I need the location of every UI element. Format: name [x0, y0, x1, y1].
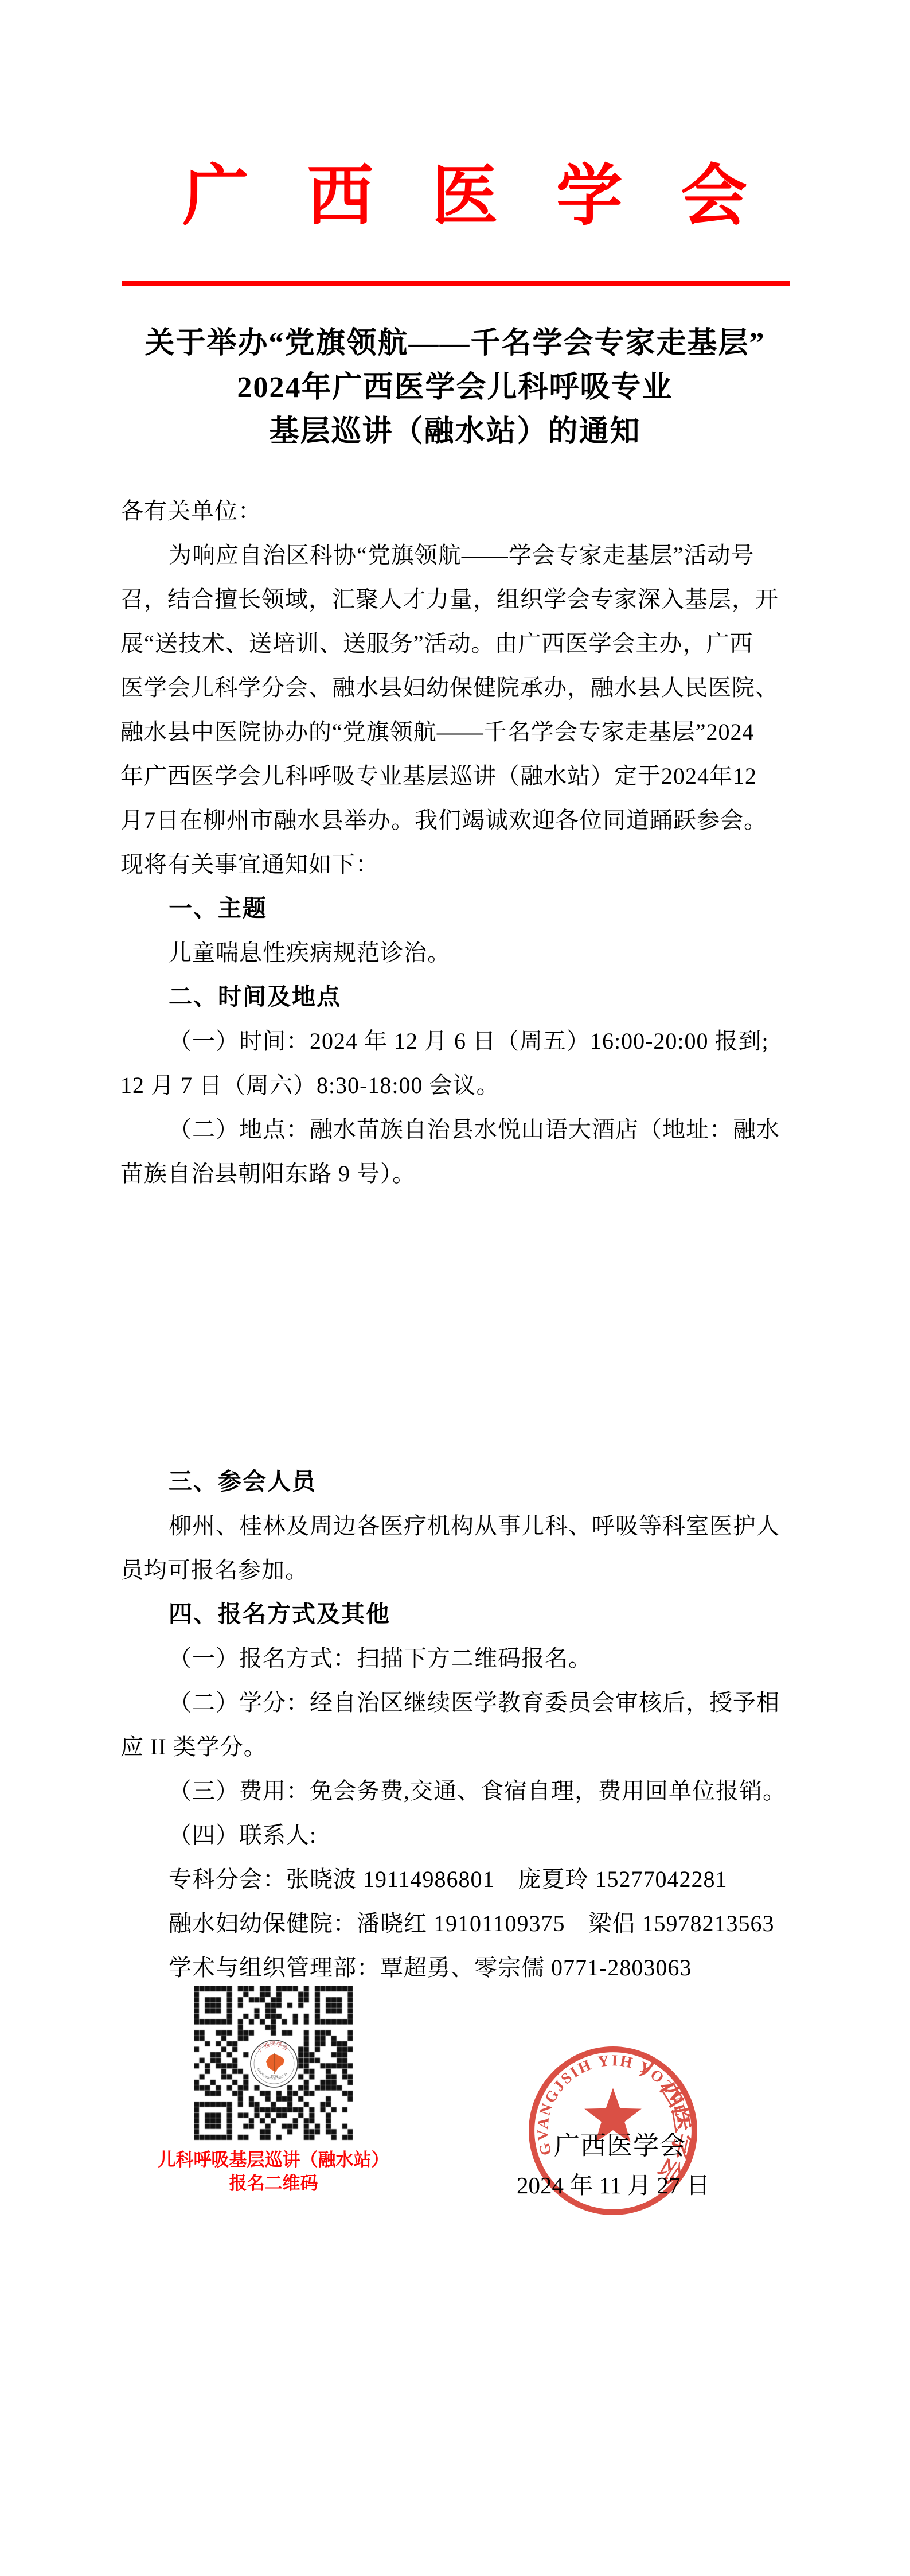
section-heading: 三、参会人员 — [120, 1460, 814, 1504]
body-line: （四）联系人: — [120, 1813, 814, 1857]
section-heading: 二、时间及地点 — [120, 975, 814, 1019]
letterhead-char: 广 — [182, 159, 249, 234]
body-line: 员均可报名参加。 — [120, 1548, 814, 1592]
body-line: 医学会儿科学分会、融水县妇幼保健院承办，融水县人民医院、 — [120, 666, 814, 710]
body-line: 年广西医学会儿科呼吸专业基层巡讲（融水站）定于2024年12 — [120, 754, 814, 798]
body-line: 应 II 类学分。 — [120, 1725, 814, 1769]
letterhead-char: 西 — [307, 159, 373, 234]
body-line: 苗族自治县朝阳东路 9 号）。 — [120, 1151, 814, 1196]
seal-arc-chinese-text: 广西医学会 — [636, 2055, 698, 2189]
body-line: 儿童喘息性疾病规范诊治。 — [120, 931, 814, 975]
section-heading: 一、主题 — [120, 886, 814, 931]
section-heading: 四、报名方式及其他 — [120, 1592, 814, 1636]
document-title-line: 关于举办“党旗领航——千名学会专家走基层” — [0, 321, 910, 365]
body-line: 融水县中医院协办的“党旗领航——千名学会专家走基层”2024 — [120, 710, 814, 754]
letterhead-char: 会 — [681, 159, 747, 234]
notice-document-page: 广 西 医 学 会 关于举办“党旗领航——千名学会专家走基层” 2024年广西医… — [0, 0, 910, 2576]
body-line: 月7日在柳州市融水县举办。我们竭诚欢迎各位同道踊跃参会。 — [120, 798, 814, 842]
body-line: 展“送技术、送培训、送服务”活动。由广西医学会主办，广西 — [120, 621, 814, 666]
qr-caption-line: 儿科呼吸基层巡讲（融水站） — [127, 2148, 420, 2172]
qr-caption-line: 报名二维码 — [127, 2172, 420, 2195]
body-line: 柳州、桂林及周边各医疗机构从事儿科、呼吸等科室医护人 — [120, 1504, 814, 1548]
body-lines: 各有关单位：为响应自治区科协“党旗领航——学会专家走基层”活动号召，结合擅长领域… — [120, 489, 814, 1990]
body-line: （一）报名方式：扫描下方二维码报名。 — [120, 1636, 814, 1680]
qr-caption: 儿科呼吸基层巡讲（融水站） 报名二维码 — [127, 2148, 420, 2195]
qr-center-logo: 广西医学会 GVANGJSIH YIH YOZVEI 1934 — [249, 2038, 299, 2089]
letterhead-divider-rule — [122, 281, 790, 286]
body-line: 专科分会：张晓波 19114986801 庞夏玲 15277042281 — [120, 1857, 814, 1901]
body-line: 12 月 7 日（周六）8:30-18:00 会议。 — [120, 1063, 814, 1107]
body-line: 召，结合擅长领域，汇聚人才力量，组织学会专家深入基层，开 — [120, 577, 814, 621]
body-line: （二）地点：融水苗族自治县水悦山语大酒店（地址：融水 — [120, 1107, 814, 1151]
letterhead-org-name: 广 西 医 学 会 — [182, 159, 747, 234]
body-line: 为响应自治区科协“党旗领航——学会专家走基层”活动号 — [120, 533, 814, 577]
body-line: 融水妇幼保健院：潘晓红 19101109375 梁侣 15978213563 — [120, 1901, 814, 1945]
signature-org-name: 广西医学会 — [554, 2130, 703, 2162]
body-line: （一）时间：2024 年 12 月 6 日（周五）16:00-20:00 报到; — [120, 1019, 814, 1063]
signature-date: 2024 年 11 月 27 日 — [517, 2170, 746, 2200]
body-line: 现将有关事宜通知如下： — [120, 842, 814, 886]
body-line: 各有关单位： — [120, 489, 814, 533]
body-line: （三）费用：免会务费,交通、食宿自理，费用回单位报销。 — [120, 1769, 814, 1813]
document-title: 关于举办“党旗领航——千名学会专家走基层” 2024年广西医学会儿科呼吸专业 基… — [0, 321, 910, 454]
document-title-line: 2024年广西医学会儿科呼吸专业 — [0, 365, 910, 410]
letterhead-char: 医 — [432, 159, 498, 234]
body-line: （二）学分：经自治区继续医学教育委员会审核后，授予相 — [120, 1680, 814, 1725]
body-line: 学术与组织管理部：覃超勇、零宗儒 0771-2803063 — [120, 1945, 814, 1990]
letterhead-char: 学 — [556, 159, 623, 234]
qr-logo-year: 1934 — [271, 2075, 278, 2079]
document-title-line: 基层巡讲（融水站）的通知 — [0, 410, 910, 454]
svg-text:广西医学会: 广西医学会 — [636, 2055, 698, 2189]
